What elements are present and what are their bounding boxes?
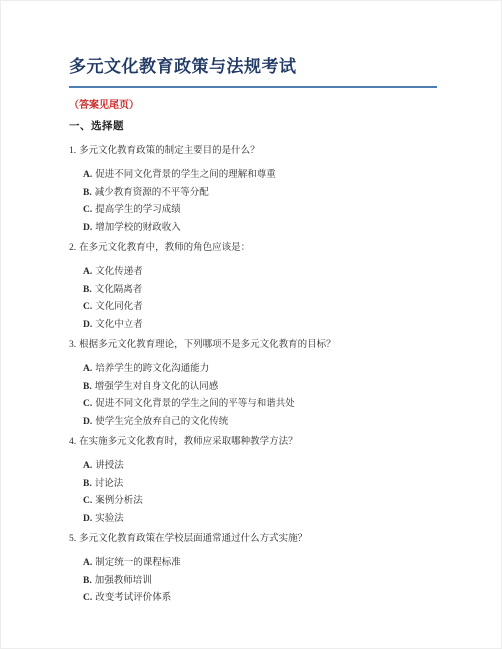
option-text: 使学生完全放弃自己的文化传统 bbox=[95, 417, 228, 427]
option-letter: A. bbox=[83, 364, 92, 374]
option-row: D.实验法 bbox=[69, 511, 437, 529]
option-row: B.文化隔离者 bbox=[69, 282, 437, 300]
question-block: 4.在实施多元文化教育时，教师应采取哪种教学方法？A.讲授法B.讨论法C.案例分… bbox=[69, 435, 437, 528]
option-letter: B. bbox=[83, 188, 92, 198]
option-letter: C. bbox=[83, 399, 92, 409]
option-text: 促进不同文化背景的学生之间的理解和尊重 bbox=[95, 170, 276, 180]
option-row: B.讨论法 bbox=[69, 476, 437, 494]
option-letter: C. bbox=[83, 205, 92, 215]
option-text: 文化中立者 bbox=[95, 320, 143, 330]
option-text: 案例分析法 bbox=[95, 496, 143, 506]
option-letter: C. bbox=[83, 593, 92, 603]
option-letter: D. bbox=[83, 514, 92, 524]
option-row: B.增强学生对自身文化的认同感 bbox=[69, 379, 437, 397]
option-row: B.加强教师培训 bbox=[69, 573, 437, 591]
option-letter: A. bbox=[83, 461, 92, 471]
question-text: 2.在多元文化教育中，教师的角色应该是： bbox=[69, 241, 437, 255]
option-row: C.促进不同文化背景的学生之间的平等与和谐共处 bbox=[69, 396, 437, 414]
option-letter: A. bbox=[83, 267, 92, 277]
option-text: 增加学校的财政收入 bbox=[95, 223, 181, 233]
option-text: 加强教师培训 bbox=[95, 576, 152, 586]
option-letter: B. bbox=[83, 382, 92, 392]
question-number: 4. bbox=[69, 437, 76, 447]
option-row: A.文化传递者 bbox=[69, 264, 437, 282]
option-text: 减少教育资源的不平等分配 bbox=[95, 188, 209, 198]
option-row: D.文化中立者 bbox=[69, 317, 437, 335]
answer-note: （答案见尾页） bbox=[69, 99, 437, 112]
document-title: 多元文化教育政策与法规考试 bbox=[69, 55, 437, 88]
option-letter: C. bbox=[83, 302, 92, 312]
option-text: 改变考试评价体系 bbox=[95, 593, 171, 603]
option-text: 培养学生的跨文化沟通能力 bbox=[95, 364, 209, 374]
option-letter: B. bbox=[83, 479, 92, 489]
section-heading: 一、选择题 bbox=[69, 119, 437, 133]
option-row: C.改变考试评价体系 bbox=[69, 590, 437, 608]
option-row: C.案例分析法 bbox=[69, 493, 437, 511]
option-row: A.促进不同文化背景的学生之间的理解和尊重 bbox=[69, 167, 437, 185]
option-row: D.增加学校的财政收入 bbox=[69, 220, 437, 238]
option-text: 文化隔离者 bbox=[95, 285, 143, 295]
question-block: 5.多元文化教育政策在学校层面通常通过什么方式实施？A.制定统一的课程标准B.加… bbox=[69, 532, 437, 608]
question-text: 4.在实施多元文化教育时，教师应采取哪种教学方法？ bbox=[69, 435, 437, 449]
option-row: A.培养学生的跨文化沟通能力 bbox=[69, 361, 437, 379]
option-letter: A. bbox=[83, 558, 92, 568]
question-number: 5. bbox=[69, 534, 76, 544]
question-block: 1.多元文化教育政策的制定主要目的是什么？A.促进不同文化背景的学生之间的理解和… bbox=[69, 144, 437, 237]
exam-document-page: 多元文化教育政策与法规考试 （答案见尾页） 一、选择题 1.多元文化教育政策的制… bbox=[0, 0, 502, 649]
option-letter: A. bbox=[83, 170, 92, 180]
option-letter: B. bbox=[83, 285, 92, 295]
option-text: 文化传递者 bbox=[95, 267, 143, 277]
option-text: 促进不同文化背景的学生之间的平等与和谐共处 bbox=[95, 399, 295, 409]
question-number: 3. bbox=[69, 340, 76, 350]
question-number: 1. bbox=[69, 146, 76, 156]
question-block: 3.根据多元文化教育理论，下列哪项不是多元文化教育的目标？A.培养学生的跨文化沟… bbox=[69, 338, 437, 431]
option-text: 文化同化者 bbox=[95, 302, 143, 312]
question-text: 1.多元文化教育政策的制定主要目的是什么？ bbox=[69, 144, 437, 158]
option-letter: D. bbox=[83, 223, 92, 233]
question-list: 1.多元文化教育政策的制定主要目的是什么？A.促进不同文化背景的学生之间的理解和… bbox=[69, 144, 437, 608]
option-letter: C. bbox=[83, 496, 92, 506]
option-text: 制定统一的课程标准 bbox=[95, 558, 181, 568]
option-row: D.使学生完全放弃自己的文化传统 bbox=[69, 414, 437, 432]
option-text: 实验法 bbox=[95, 514, 124, 524]
question-block: 2.在多元文化教育中，教师的角色应该是：A.文化传递者B.文化隔离者C.文化同化… bbox=[69, 241, 437, 334]
option-text: 增强学生对自身文化的认同感 bbox=[95, 382, 219, 392]
option-row: A.讲授法 bbox=[69, 458, 437, 476]
question-number: 2. bbox=[69, 243, 76, 253]
option-row: C.文化同化者 bbox=[69, 299, 437, 317]
option-letter: B. bbox=[83, 576, 92, 586]
option-text: 讲授法 bbox=[95, 461, 124, 471]
option-row: A.制定统一的课程标准 bbox=[69, 555, 437, 573]
option-row: C.提高学生的学习成绩 bbox=[69, 202, 437, 220]
option-text: 讨论法 bbox=[95, 479, 124, 489]
option-text: 提高学生的学习成绩 bbox=[95, 205, 181, 215]
question-text: 3.根据多元文化教育理论，下列哪项不是多元文化教育的目标？ bbox=[69, 338, 437, 352]
option-letter: D. bbox=[83, 417, 92, 427]
option-letter: D. bbox=[83, 320, 92, 330]
question-text: 5.多元文化教育政策在学校层面通常通过什么方式实施？ bbox=[69, 532, 437, 546]
option-row: B.减少教育资源的不平等分配 bbox=[69, 185, 437, 203]
